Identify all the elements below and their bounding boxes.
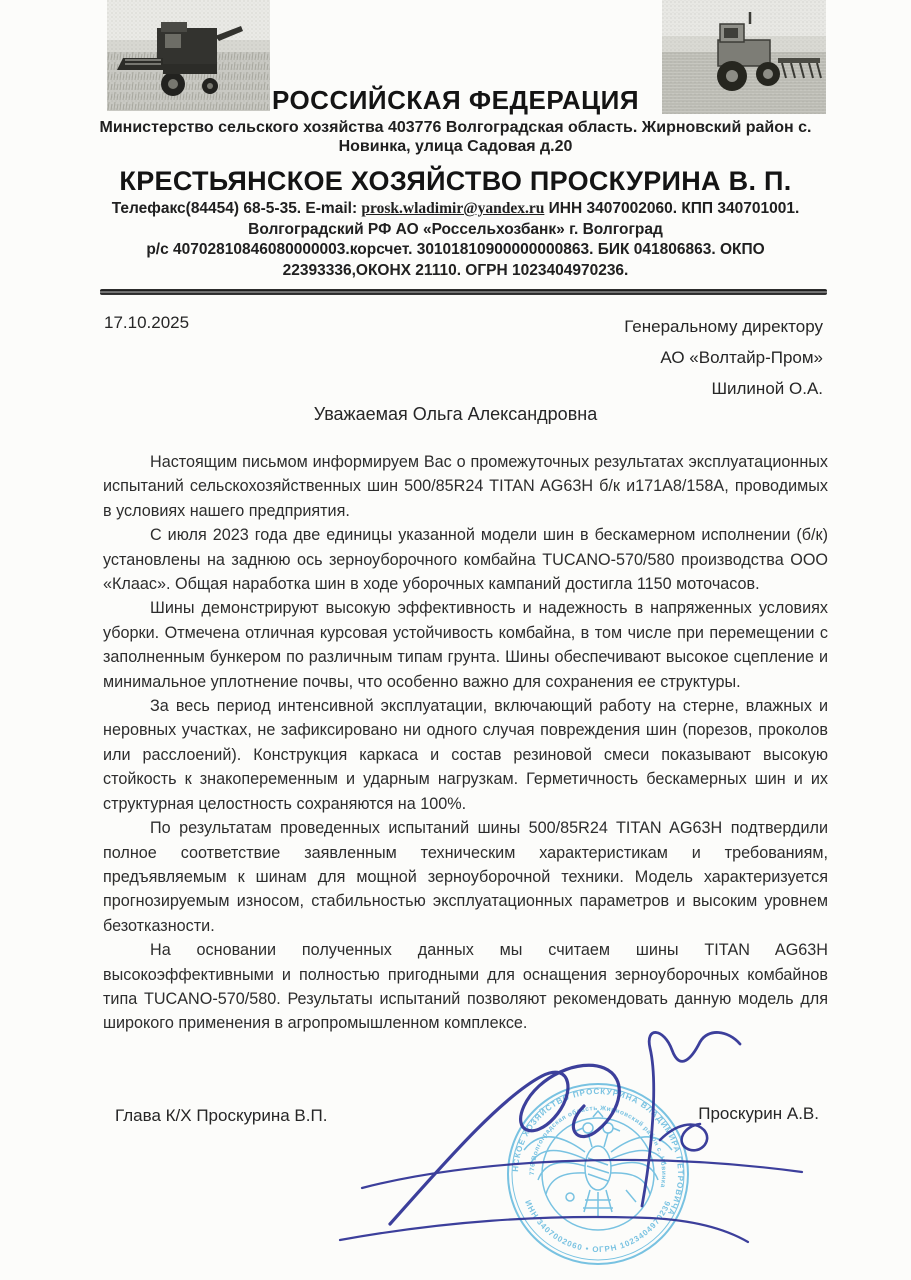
signer-position-label: Глава К/Х Проскурина В.П. [115,1106,327,1126]
stamp-and-signature-svg: КРЕСТЬЯНСКОЕ ХОЗЯЙСТВО ПРОСКУРИНА ВЛАДИМ… [330,1010,820,1270]
stamp-and-signature: КРЕСТЬЯНСКОЕ ХОЗЯЙСТВО ПРОСКУРИНА ВЛАДИМ… [330,1010,820,1270]
letter-body: Настоящим письмом информируем Вас о пром… [103,450,828,1036]
stamp-ring-inner-text: 403776 Волгоградская область Жирновский … [330,1010,667,1188]
contacts-block: Телефакс(84454) 68-5-35. E-mail: prosk.w… [80,199,831,281]
account-line-1: р/с 40702810846080000003.корсчет. 301018… [80,240,831,261]
recipient-company: АО «Волтайр-Пром» [624,342,823,373]
account-line-2: 22393336,ОКОНХ 21110. ОГРН 1023404970236… [80,261,831,282]
round-stamp: КРЕСТЬЯНСКОЕ ХОЗЯЙСТВО ПРОСКУРИНА ВЛАДИМ… [330,1010,688,1264]
svg-text:403776 Волгоградская область Ж: 403776 Волгоградская область Жирновский … [330,1010,667,1188]
salutation: Уважаемая Ольга Александровна [0,404,911,425]
ministry-address: Министерство сельского хозяйства 403776 … [95,118,816,156]
ministry-line-2: Новинка, улица Садовая д.20 [95,137,816,156]
scanned-letter-page: РОССИЙСКАЯ ФЕДЕРАЦИЯ Министерство сельск… [0,0,911,1280]
contact-line: Телефакс(84454) 68-5-35. E-mail: prosk.w… [80,199,831,220]
body-paragraph: Настоящим письмом информируем Вас о пром… [103,450,828,523]
contact-prefix: Телефакс(84454) 68-5-35. E-mail: [112,200,362,217]
recipient-person: Шилиной О.А. [624,373,823,404]
header-divider [100,289,827,295]
letter-date: 17.10.2025 [104,313,189,333]
handwritten-signature [340,1032,802,1242]
email-address: prosk.wladimir@yandex.ru [361,200,544,217]
svg-text:КРЕСТЬЯНСКОЕ ХОЗЯЙСТВО ПРОСКУР: КРЕСТЬЯНСКОЕ ХОЗЯЙСТВО ПРОСКУРИНА ВЛАДИМ… [330,1010,685,1217]
organization-name: КРЕСТЬЯНСКОЕ ХОЗЯЙСТВО ПРОСКУРИНА В. П. [0,166,911,197]
bank-line: Волгоградский РФ АО «Россельхозбанк» г. … [80,220,831,241]
country-title: РОССИЙСКАЯ ФЕДЕРАЦИЯ [0,85,911,116]
recipient-title: Генеральному директору [624,311,823,342]
recipient-block: Генеральному директору АО «Волтайр-Пром»… [624,311,823,404]
stamp-ring-outer-text: КРЕСТЬЯНСКОЕ ХОЗЯЙСТВО ПРОСКУРИНА ВЛАДИМ… [330,1010,685,1217]
body-paragraph: Шины демонстрируют высокую эффективность… [103,596,828,694]
body-paragraph: По результатам проведенных испытаний шин… [103,816,828,938]
body-paragraph: За весь период интенсивной эксплуатации,… [103,694,828,816]
ministry-line-1: Министерство сельского хозяйства 403776 … [95,118,816,137]
contact-suffix: ИНН 3407002060. КПП 340701001. [544,200,799,217]
body-paragraph: С июля 2023 года две единицы указанной м… [103,523,828,596]
